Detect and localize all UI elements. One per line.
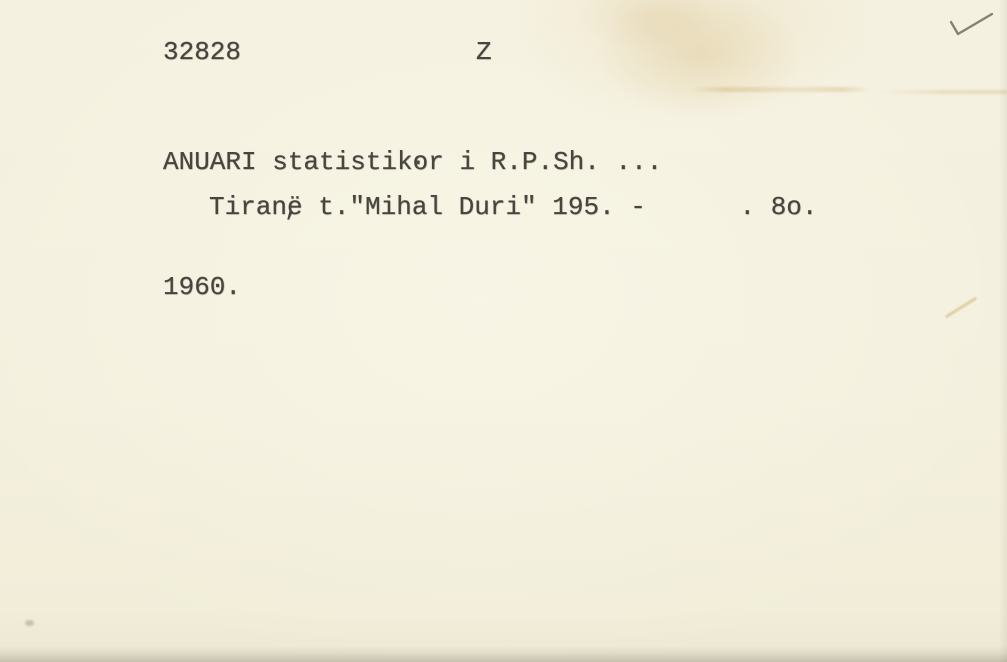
scratch-mark (945, 297, 977, 319)
section-letter: Z (476, 39, 492, 65)
stray-typed-period-mark: . (411, 146, 425, 172)
stain-streak (690, 87, 870, 92)
card-right-edge-shading (999, 0, 1007, 662)
card-bottom-edge-shadow (0, 646, 1007, 662)
pencil-checkmark-icon (941, 8, 1001, 44)
smudge-mark (25, 620, 34, 626)
catalog-card: 32828 Z ANUARI statistikor i R.P.Sh. ...… (0, 0, 1007, 662)
imprint-line: Tiranë t."Mihal Duri" 195. - . 8o. (209, 194, 818, 220)
stain-streak-right (880, 90, 1007, 94)
call-number: 32828 (163, 39, 241, 65)
year-line: 1960. (163, 274, 241, 300)
overstruck-comma-mark: , (284, 195, 300, 221)
